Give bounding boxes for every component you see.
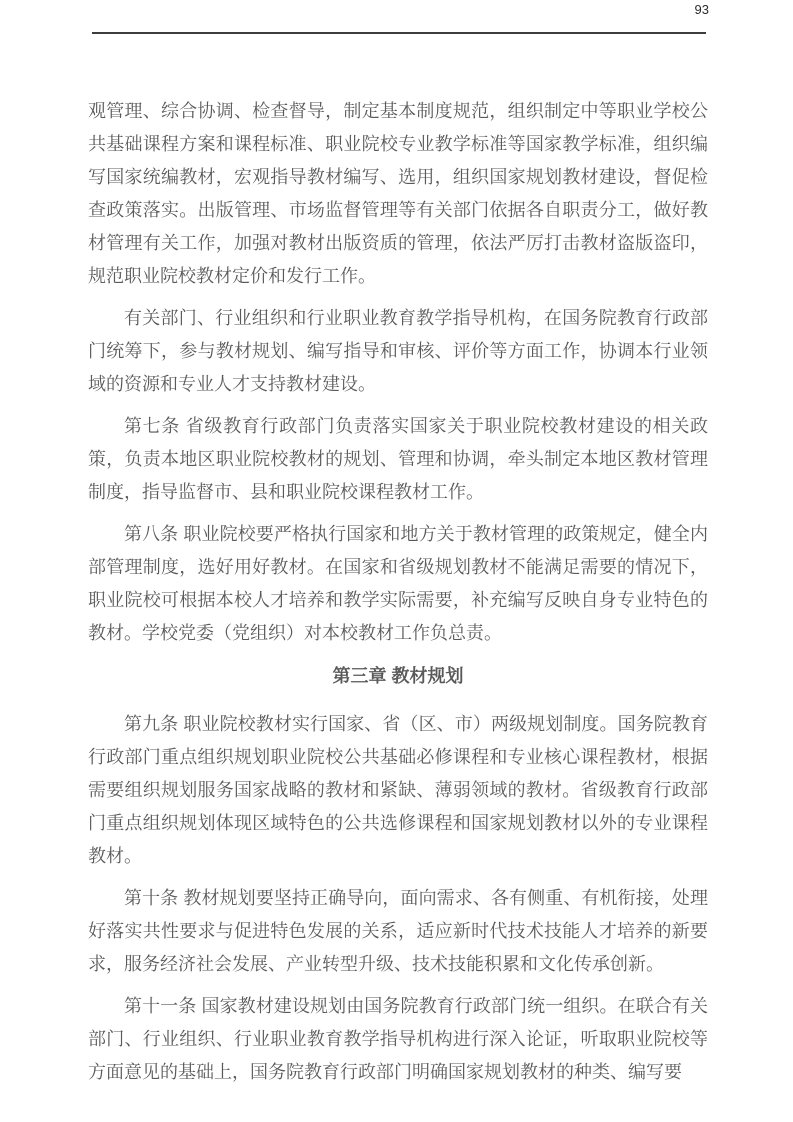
body-paragraph-article-10: 第十条 教材规划要坚持正确导向，面向需求、各有侧重、有机衔接，处理好落实共性要求… <box>88 882 708 981</box>
body-paragraph: 观管理、综合协调、检查督导，制定基本制度规范，组织制定中等职业学校公共基础课程方… <box>88 95 708 293</box>
header-rule <box>92 32 706 34</box>
body-paragraph-article-7: 第七条 省级教育行政部门负责落实国家关于职业院校教材建设的相关政策，负责本地区职… <box>88 410 708 509</box>
body-paragraph-article-8: 第八条 职业院校要严格执行国家和地方关于教材管理的政策规定，健全内部管理制度，选… <box>88 518 708 650</box>
body-paragraph: 有关部门、行业组织和行业职业教育教学指导机构，在国务院教育行政部门统筹下，参与教… <box>88 302 708 401</box>
chapter-heading: 第三章 教材规划 <box>88 660 708 693</box>
page-number: 93 <box>695 3 709 17</box>
body-paragraph-article-9: 第九条 职业院校教材实行国家、省（区、市）两级规划制度。国务院教育行政部门重点组… <box>88 708 708 873</box>
page-content: 观管理、综合协调、检查督导，制定基本制度规范，组织制定中等职业学校公共基础课程方… <box>88 95 708 1098</box>
body-paragraph-article-11: 第十一条 国家教材建设规划由国务院教育行政部门统一组织。在联合有关部门、行业组织… <box>88 990 708 1089</box>
document-page: 93 观管理、综合协调、检查督导，制定基本制度规范，组织制定中等职业学校公共基础… <box>0 0 793 1122</box>
